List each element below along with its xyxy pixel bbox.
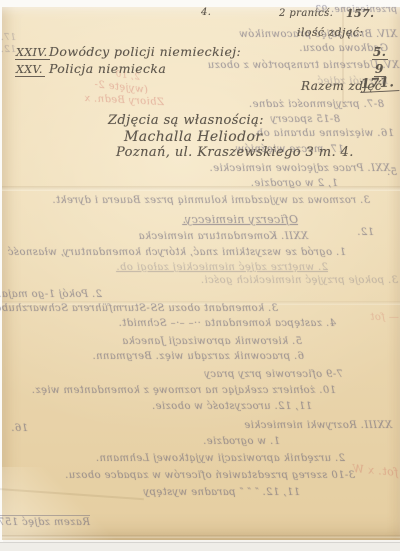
entry-label: Policja niemiecka: [49, 61, 166, 76]
owner-line-1: Zdjęcia są własnością:: [108, 113, 264, 128]
photo-count-label: ilość zdjęć:: [297, 26, 363, 39]
entry-numeral: XXIV.: [15, 46, 50, 60]
paper-sheet: przeniesione. 92.XIV. Brak zdjęć pracown…: [2, 7, 400, 540]
owner-line-3: Poznań, ul. Kraszewskiego 3 m. 4.: [116, 145, 354, 160]
top-right-number: 157.: [346, 7, 374, 20]
scan-edge-bottom: [0, 542, 400, 551]
page-number: 4.: [201, 7, 211, 18]
top-right-note: 2 pranicś.: [279, 8, 333, 19]
entry-label: Dowódcy policji niemieckiej:: [49, 44, 241, 59]
scanned-document: przeniesione. 92.XIV. Brak zdjęć pracown…: [0, 0, 400, 551]
entry-count: 5.: [372, 45, 388, 60]
total-value: 171.: [360, 75, 400, 93]
entry-numeral: XXV.: [15, 63, 45, 77]
ink-layer: 4. 2 pranicś. 157. ilość zdjęć: XXIV. Do…: [2, 7, 400, 540]
owner-line-2: Machalla Heliodor.: [124, 129, 266, 145]
